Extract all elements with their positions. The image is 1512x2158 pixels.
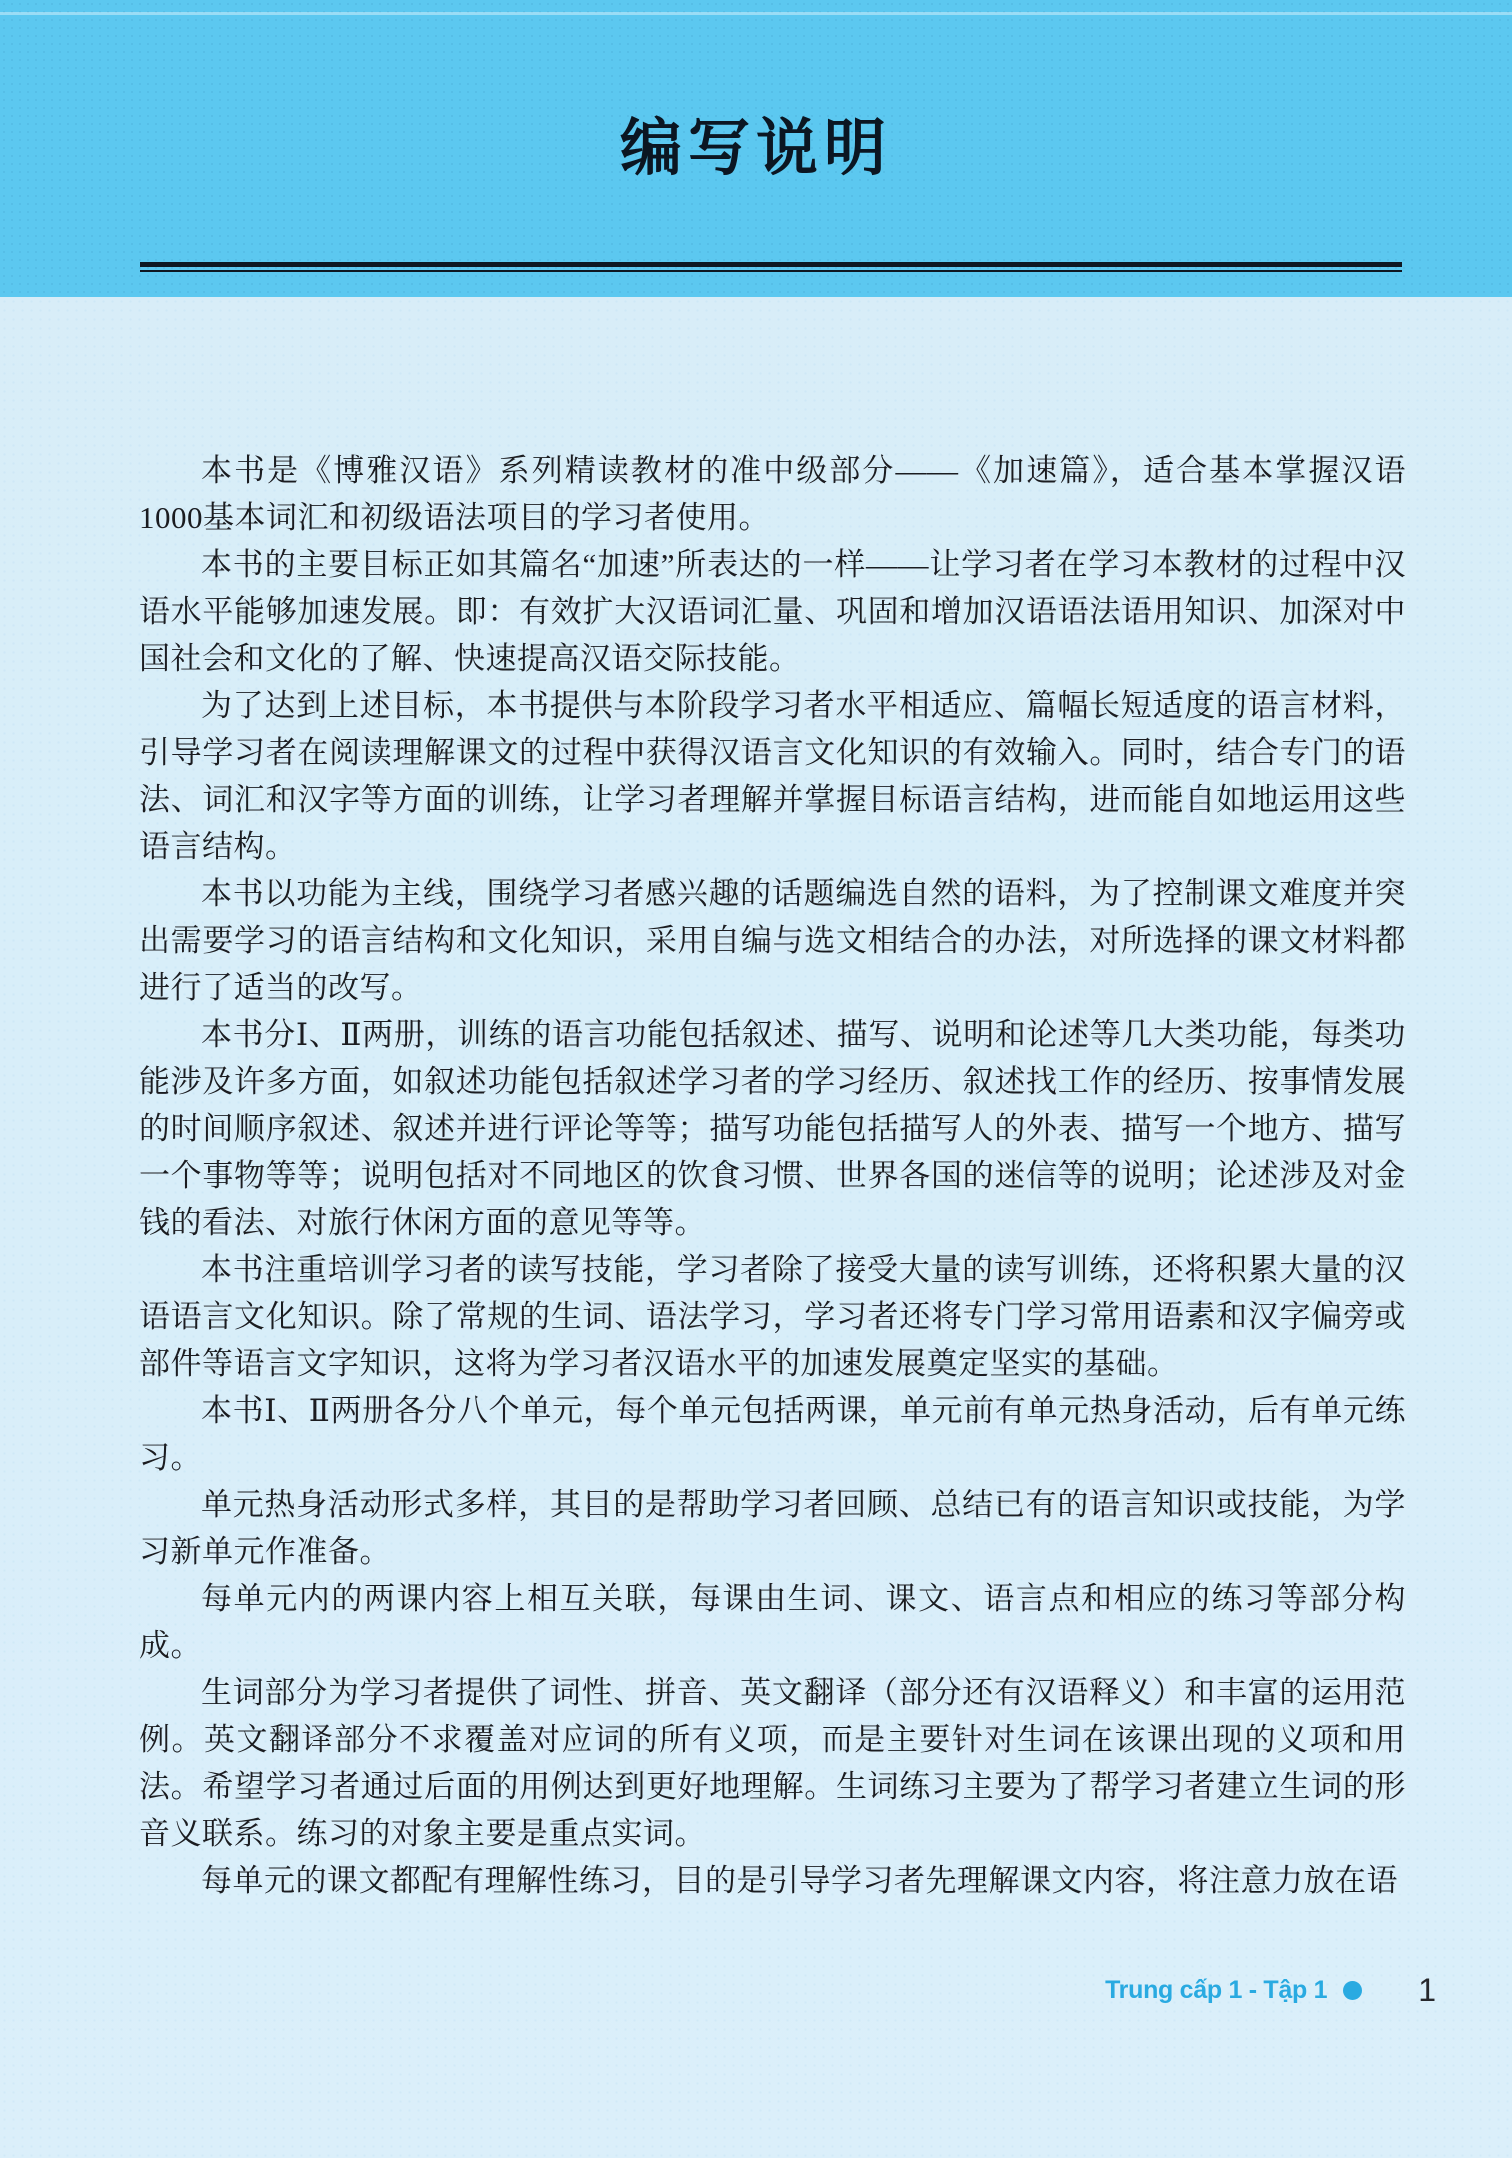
title-rule-thick	[140, 262, 1402, 267]
footer: Trung cấp 1 - Tập 1 1	[1105, 1972, 1436, 2008]
paragraph: 本书是《博雅汉语》系列精读教材的准中级部分——《加速篇》，适合基本掌握汉语100…	[139, 447, 1406, 541]
paragraph: 本书以功能为主线，围绕学习者感兴趣的话题编选自然的语料，为了控制课文难度并突出需…	[139, 870, 1406, 1011]
paragraph: 本书Ⅰ、Ⅱ两册各分八个单元，每个单元包括两课，单元前有单元热身活动，后有单元练习…	[139, 1387, 1406, 1481]
paragraph: 本书分Ⅰ、Ⅱ两册，训练的语言功能包括叙述、描写、说明和论述等几大类功能，每类功能…	[139, 1011, 1406, 1246]
body-text: 本书是《博雅汉语》系列精读教材的准中级部分——《加速篇》，适合基本掌握汉语100…	[0, 297, 1512, 1904]
page-number: 1	[1418, 1972, 1436, 2009]
paragraph: 每单元内的两课内容上相互关联，每课由生词、课文、语言点和相应的练习等部分构成。	[139, 1575, 1406, 1669]
series-label: Trung cấp 1 - Tập 1	[1105, 1976, 1327, 2005]
paragraph: 为了达到上述目标，本书提供与本阶段学习者水平相适应、篇幅长短适度的语言材料，引导…	[139, 682, 1406, 870]
page-title: 编写说明	[0, 118, 1512, 180]
book-page: 编写说明 本书是《博雅汉语》系列精读教材的准中级部分——《加速篇》，适合基本掌握…	[0, 0, 1512, 2158]
paragraph: 单元热身活动形式多样，其目的是帮助学习者回顾、总结已有的语言知识或技能，为学习新…	[139, 1481, 1406, 1575]
header-banner: 编写说明	[0, 0, 1512, 297]
paragraph: 生词部分为学习者提供了词性、拼音、英文翻译（部分还有汉语释义）和丰富的运用范例。…	[139, 1669, 1406, 1857]
title-rule	[140, 262, 1402, 272]
paragraph: 本书的主要目标正如其篇名“加速”所表达的一样——让学习者在学习本教材的过程中汉语…	[139, 541, 1406, 682]
paragraph: 本书注重培训学习者的读写技能，学习者除了接受大量的读写训练，还将积累大量的汉语语…	[139, 1246, 1406, 1387]
paragraph: 每单元的课文都配有理解性练习，目的是引导学习者先理解课文内容，将注意力放在语	[139, 1857, 1406, 1904]
bullet-icon	[1343, 1981, 1362, 2000]
banner-fold-line	[0, 12, 1512, 15]
title-rule-thin	[140, 270, 1402, 272]
